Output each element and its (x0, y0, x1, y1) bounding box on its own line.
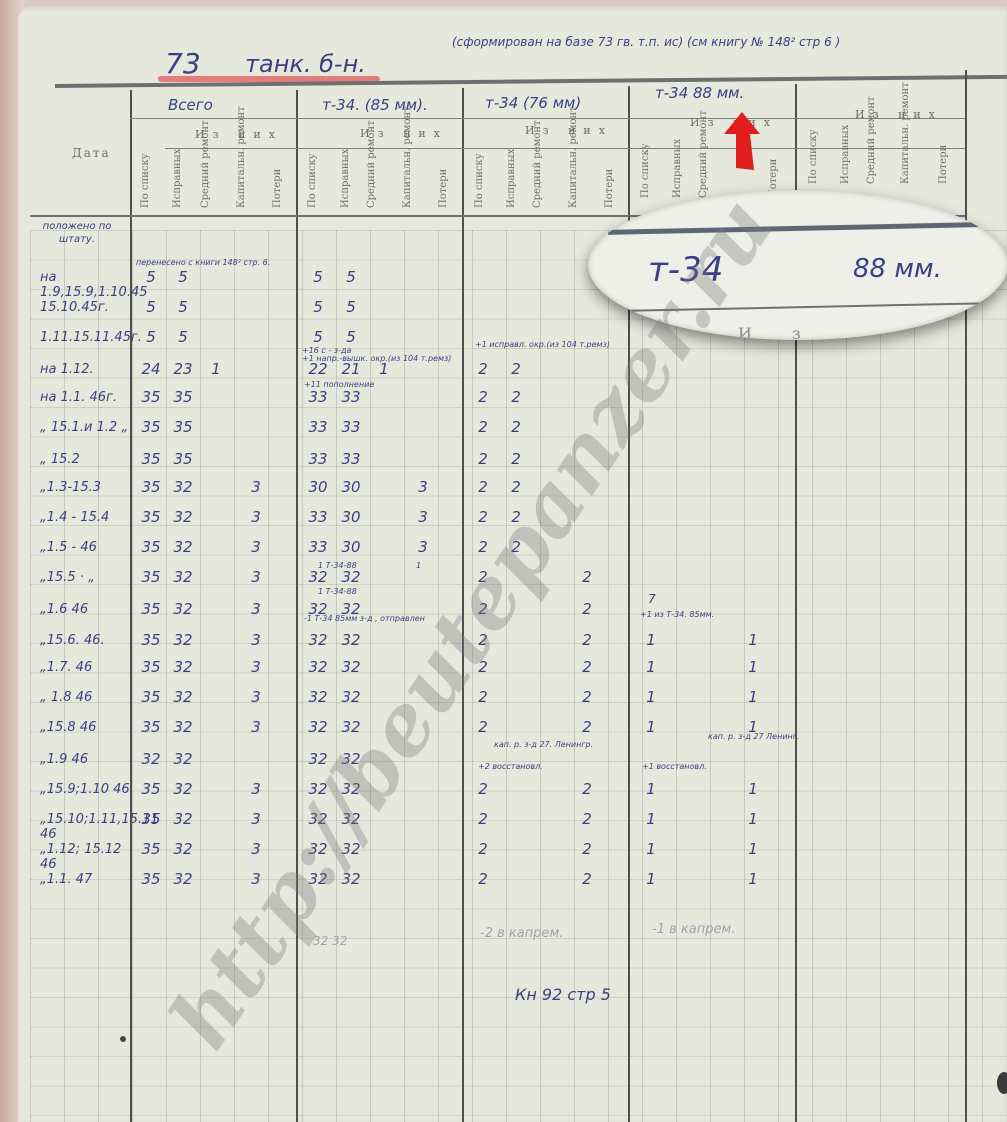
table-cell-total-1: 35 (168, 418, 198, 436)
table-cell-t88-3: 1 (738, 780, 768, 798)
footer-book-reference: Кн 92 стр 5 (515, 985, 611, 1004)
mag-sub-label: Из них (738, 324, 1007, 340)
table-cell-total-0: 35 (136, 600, 166, 618)
col-sredny-remont: Средний ремонт (866, 126, 890, 184)
col-poteri: Потери (438, 150, 449, 208)
table-cell-total-1: 32 (168, 840, 198, 858)
table-cell-t88-3: 1 (738, 810, 768, 828)
table-cell-total-0: 24 (136, 360, 166, 378)
table-cell-total-3: 3 (241, 718, 271, 736)
table-cell-total-1: 35 (168, 388, 198, 406)
table-cell-total-1: 32 (168, 718, 198, 736)
table-cell-total-0: 35 (136, 870, 166, 888)
table-cell-total-1: 5 (168, 298, 198, 316)
table-cell-t88-3: 1 (738, 631, 768, 649)
col-kapitalny-remont: Капитальн. ремонт (900, 126, 924, 184)
row-date: „15.8 46 (40, 720, 140, 735)
faint-note-b: -1 в капрем. (652, 922, 735, 937)
table-cell-total-3: 3 (241, 600, 271, 618)
col-sredny-remont: Средний ремонт (366, 150, 390, 208)
col-ispravnykh: Исправных (840, 126, 851, 184)
col-kapitalny-remont: Капитальн. ремонт (402, 150, 426, 208)
table-cell-total-0: 35 (136, 478, 166, 496)
table-cell-total-0: 35 (136, 568, 166, 586)
note-plus1: +1 напр.-вышк. окр.(из 104 т.ремз) (302, 354, 451, 363)
table-cell-t76-0: 2 (468, 418, 498, 436)
table-cell-total-0: 35 (136, 780, 166, 798)
table-cell-total-1: 35 (168, 450, 198, 468)
col-po-spisku: По списку (307, 150, 318, 208)
title-note: (сформирован на базе 73 гв. т.п. ис) (см… (452, 35, 840, 49)
col-poteri: Потери (272, 150, 283, 208)
table-cell-t85-3: 3 (408, 478, 438, 496)
punch-hole (997, 1072, 1007, 1094)
group-header-total: Всего (168, 96, 213, 114)
col-po-spisku: По списку (640, 140, 651, 198)
table-cell-t88-0: 1 (636, 631, 666, 649)
row-date: на 1.12. (40, 362, 140, 377)
table-cell-total-1: 32 (168, 538, 198, 556)
table-cell-t85-1: 32 (336, 568, 366, 586)
table-cell-t88-0: 1 (636, 870, 666, 888)
table-cell-total-0: 32 (136, 750, 166, 768)
table-cell-t85-0: 33 (303, 388, 333, 406)
table-cell-total-1: 32 (168, 750, 198, 768)
table-cell-t76-3: 2 (572, 718, 602, 736)
table-cell-t85-0: 30 (303, 478, 333, 496)
row-date: „1.5 - 46 (40, 540, 140, 555)
table-cell-t85-3: 3 (408, 538, 438, 556)
table-cell-t85-1: 32 (336, 631, 366, 649)
table-cell-t88-3: 1 (738, 870, 768, 888)
col-ispravnykh: Исправных (672, 140, 683, 198)
col-poteri: Потери (768, 140, 779, 198)
table-cell-t76-3: 2 (572, 810, 602, 828)
note-minus1: -1 Т-34 85мм з-д , отправлен (304, 614, 425, 623)
table-cell-t76-0: 2 (468, 780, 498, 798)
row-date: „ 15.1.и 1.2 „ (40, 420, 140, 435)
table-cell-t88-0: 1 (636, 718, 666, 736)
table-cell-total-1: 32 (168, 810, 198, 828)
table-cell-t76-3: 2 (572, 600, 602, 618)
table-cell-t85-0: 32 (303, 718, 333, 736)
table-cell-t76-3: 2 (572, 631, 602, 649)
row-date: „15.10;1.11,15.11 46 (40, 812, 140, 842)
group-header-t34-88: т-34 88 мм. (655, 84, 744, 102)
table-cell-t85-0: 5 (303, 268, 333, 286)
table-cell-total-0: 5 (136, 268, 166, 286)
table-cell-total-1: 32 (168, 631, 198, 649)
ink-dot (120, 1036, 126, 1042)
table-cell-total-1: 32 (168, 508, 198, 526)
row-date: „15.5 · „ (40, 570, 140, 585)
table-cell-t76-3: 2 (572, 870, 602, 888)
table-cell-total-1: 32 (168, 688, 198, 706)
mag-rule (608, 222, 978, 235)
table-cell-t85-0: 33 (303, 538, 333, 556)
row-date: 1.11.15.11.45г. (40, 330, 140, 345)
note-t34-88-a: 1 Т-34-88 (318, 561, 357, 570)
table-cell-t88-0: 1 (636, 780, 666, 798)
table-cell-total-2: 1 (201, 360, 231, 378)
table-cell-t76-3: 2 (572, 688, 602, 706)
table-cell-t85-1: 30 (336, 508, 366, 526)
table-cell-t88-0: 1 (636, 810, 666, 828)
table-cell-t76-0: 2 (468, 870, 498, 888)
table-cell-total-3: 3 (241, 688, 271, 706)
group-title-rule (130, 118, 965, 119)
note-t34-88-b: 1 Т-34-88 (318, 587, 357, 596)
table-cell-t88-3: 1 (738, 688, 768, 706)
staffing-row-label: положено по штату. (42, 220, 112, 246)
table-cell-total-3: 3 (241, 658, 271, 676)
table-cell-t76-0: 2 (468, 360, 498, 378)
row-date: „1.1. 47 (40, 872, 140, 887)
row-date: „1.4 - 15.4 (40, 510, 140, 525)
col-sredny-remont: Средний ремонт (200, 150, 224, 208)
row-date: „ 1.8 46 (40, 690, 140, 705)
row-date: на 1.1. 46г. (40, 390, 140, 405)
col-ispravnykh: Исправных (340, 150, 351, 208)
col-ispravnykh: Исправных (172, 150, 183, 208)
table-cell-t85-1: 32 (336, 658, 366, 676)
table-cell-total-1: 5 (168, 328, 198, 346)
table-cell-total-0: 5 (136, 298, 166, 316)
table-cell-total-0: 35 (136, 840, 166, 858)
table-cell-total-0: 35 (136, 658, 166, 676)
table-cell-total-0: 35 (136, 508, 166, 526)
table-cell-t76-0: 2 (468, 388, 498, 406)
table-cell-total-3: 3 (241, 810, 271, 828)
col-kapitalny-remont: Капитальн. ремонт (568, 150, 592, 208)
table-cell-t88-0: 1 (636, 840, 666, 858)
table-cell-t85-0: 33 (303, 508, 333, 526)
row-date: „1.12; 15.12 46 (40, 842, 140, 872)
table-cell-t85-0: 32 (303, 658, 333, 676)
table-cell-total-0: 35 (136, 388, 166, 406)
note-t34-88-a-count: 1 (416, 561, 421, 570)
col-po-spisku: По списку (140, 150, 151, 208)
table-cell-total-1: 32 (168, 870, 198, 888)
table-cell-t85-1: 33 (336, 418, 366, 436)
col-ispravnykh: Исправных (506, 150, 517, 208)
table-cell-t76-0: 2 (468, 840, 498, 858)
table-cell-t76-3: 2 (572, 568, 602, 586)
mag-caliber: 88 мм. (853, 254, 942, 284)
table-cell-t76-1: 2 (501, 418, 531, 436)
table-cell-t85-0: 33 (303, 450, 333, 468)
table-cell-total-0: 35 (136, 418, 166, 436)
row-date: 15.10.45г. (40, 300, 140, 315)
table-cell-total-0: 35 (136, 631, 166, 649)
row-date: „1.9 46 (40, 752, 140, 767)
date-column-header: Дата (72, 146, 111, 160)
col-po-spisku: По списку (808, 126, 819, 184)
table-cell-total-1: 32 (168, 600, 198, 618)
note-restored-b: +1 восстановл. (642, 762, 707, 771)
table-cell-t85-1: 33 (336, 450, 366, 468)
row-date: „1.6 46 (40, 602, 140, 617)
table-cell-total-3: 3 (241, 538, 271, 556)
transfer-note: перенесено с книги 148² стр. 6. (136, 258, 270, 267)
table-cell-total-0: 35 (136, 810, 166, 828)
col-poteri: Потери (604, 150, 615, 208)
table-cell-t88-3: 1 (738, 840, 768, 858)
col-po-spisku: По списку (474, 150, 485, 208)
table-cell-t76-0: 2 (468, 718, 498, 736)
table-cell-t85-1: 5 (336, 328, 366, 346)
table-cell-t85-1: 5 (336, 268, 366, 286)
table-cell-total-3: 3 (241, 508, 271, 526)
table-cell-total-1: 23 (168, 360, 198, 378)
table-cell-t76-0: 2 (468, 450, 498, 468)
table-cell-t85-0: 32 (303, 631, 333, 649)
table-cell-total-1: 32 (168, 568, 198, 586)
note-plus11: +11 пополнение (304, 380, 374, 389)
table-cell-t85-1: 30 (336, 478, 366, 496)
table-cell-total-0: 35 (136, 688, 166, 706)
table-cell-total-3: 3 (241, 631, 271, 649)
faint-note-a: -2 в капрем. (480, 926, 563, 941)
col-poteri: Потери (938, 126, 949, 184)
row-date: на 1.9,15.9,1.10.45 (40, 270, 140, 300)
note-cap-repair-a: кап. р. з-д 27. Ленингр. (494, 740, 593, 749)
table-cell-total-3: 3 (241, 568, 271, 586)
table-cell-total-0: 35 (136, 450, 166, 468)
table-cell-total-3: 3 (241, 478, 271, 496)
table-cell-total-1: 32 (168, 780, 198, 798)
table-cell-t85-0: 32 (303, 568, 333, 586)
note-t76-plus1: +1 исправл. окр.(из 104 т.ремз) (475, 340, 610, 349)
table-cell-t88-0: 1 (636, 658, 666, 676)
row-date: „15.6. 46. (40, 633, 140, 648)
table-cell-t85-0: 5 (303, 298, 333, 316)
note-cap-repair-b: кап. р. з-д 27 Ленинг. (708, 732, 800, 741)
table-cell-t76-1: 2 (501, 360, 531, 378)
note-t88-seven: 7 (648, 592, 656, 606)
table-cell-t88-0: 1 (636, 688, 666, 706)
table-cell-total-1: 32 (168, 478, 198, 496)
table-cell-t76-0: 2 (468, 478, 498, 496)
table-cell-total-0: 35 (136, 718, 166, 736)
table-cell-t85-1: 5 (336, 298, 366, 316)
table-cell-t76-3: 2 (572, 658, 602, 676)
col-sredny-remont: Средний ремонт (532, 150, 556, 208)
table-cell-total-3: 3 (241, 780, 271, 798)
table-cell-t85-0: 33 (303, 418, 333, 436)
table-cell-t85-0: 5 (303, 328, 333, 346)
table-cell-total-1: 5 (168, 268, 198, 286)
group-header-t34-76: т-34 (76 мм) (485, 94, 581, 112)
table-cell-t85-1: 33 (336, 388, 366, 406)
page-title: танк. б-н. (245, 50, 366, 78)
row-date: „15.9;1.10 46 (40, 782, 140, 797)
row-date: „1.7. 46 (40, 660, 140, 675)
col-kapitalny-remont: Капитальн. ремонт (236, 150, 260, 208)
table-cell-t85-1: 30 (336, 538, 366, 556)
note-restored-a: +2 восстановл. (478, 762, 543, 771)
row-date: „ 15.2 (40, 452, 140, 467)
table-cell-t85-0: 32 (303, 688, 333, 706)
table-cell-t76-1: 2 (501, 388, 531, 406)
table-cell-t76-0: 2 (468, 810, 498, 828)
table-cell-t76-3: 2 (572, 840, 602, 858)
table-cell-total-0: 5 (136, 328, 166, 346)
red-arrow-icon (724, 112, 760, 170)
table-cell-total-1: 32 (168, 658, 198, 676)
note-t88-transfer: +1 из Т-34. 85мм. (640, 610, 714, 619)
row-date: „1.3-15.3 (40, 480, 140, 495)
table-cell-t76-3: 2 (572, 780, 602, 798)
table-cell-t88-3: 1 (738, 658, 768, 676)
table-cell-total-0: 35 (136, 538, 166, 556)
table-cell-t85-3: 3 (408, 508, 438, 526)
